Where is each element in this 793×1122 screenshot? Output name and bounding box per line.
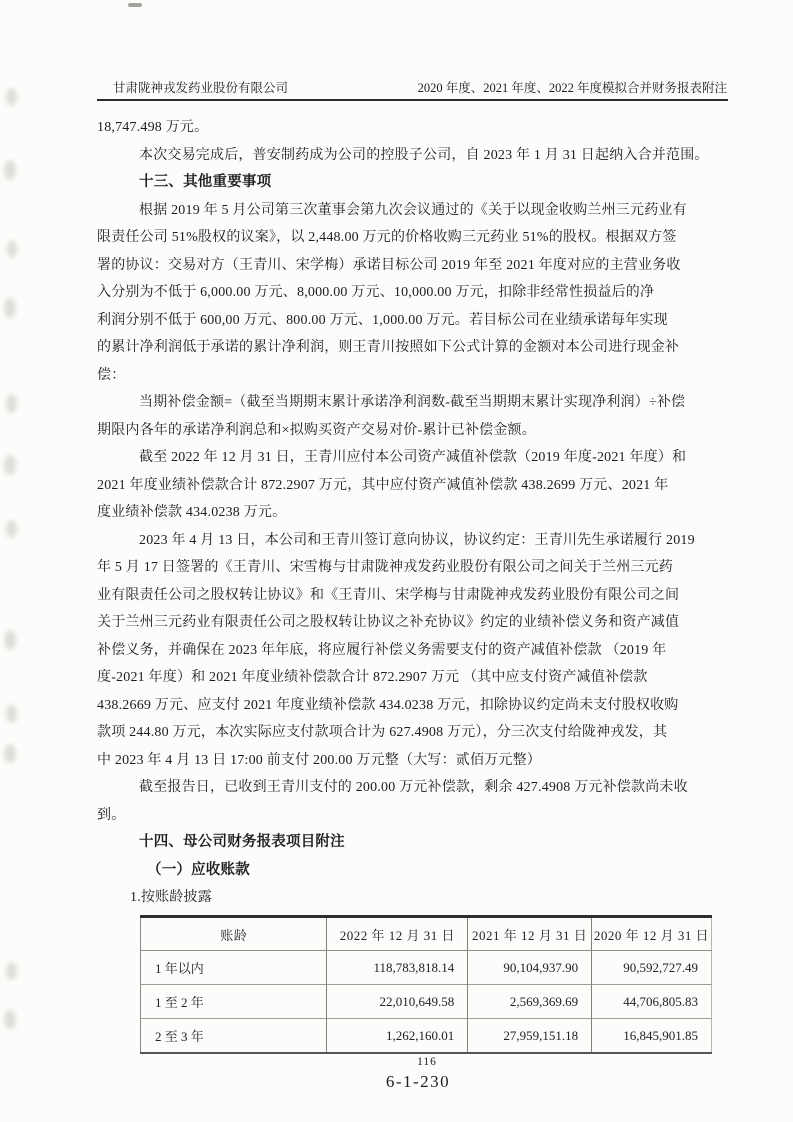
text-line: 截至报告日，已收到王青川支付的 200.00 万元补偿款，剩余 427.4908… <box>97 774 742 802</box>
table-row: 1 至 2 年22,010,649.582,569,369.6944,706,8… <box>141 985 712 1019</box>
text-line: 关于兰州三元药业有限责任公司之股权转让协议之补充协议》约定的业绩补偿义务和资产减… <box>97 609 742 637</box>
amount-cell: 16,845,901.85 <box>592 1019 712 1054</box>
column-header: 账龄 <box>141 917 327 951</box>
text-line: 十三、其他重要事项 <box>97 169 742 197</box>
text-line: 期限内各年的承诺净利润总和×拟购买资产交易对价-累计已补偿金额。 <box>97 417 742 445</box>
scan-artifact <box>6 962 17 980</box>
text-line: 入分别为不低于 6,000.00 万元、8,000.00 万元、10,000.0… <box>97 279 742 307</box>
text-line: 利润分别不低于 600,00 万元、800.00 万元、1,000.00 万元。… <box>97 307 742 335</box>
text-line: （一）应收账款 <box>97 857 742 885</box>
text-line: 业有限责任公司之股权转让协议》和《王青川、宋学梅与甘肃陇神戎发药业股份有限公司之… <box>97 582 742 610</box>
amount-cell: 118,783,818.14 <box>327 951 468 985</box>
amount-cell: 90,592,727.49 <box>592 951 712 985</box>
text-line: 当期补偿金额=（截至当期期末累计承诺净利润数-截至当期期末累计实现净利润）÷补偿 <box>97 389 742 417</box>
aging-table-header-row: 账龄2022 年 12 月 31 日2021 年 12 月 31 日2020 年… <box>141 917 712 951</box>
text-line: 截至 2022 年 12 月 31 日，王青川应付本公司资产减值补偿款（2019… <box>97 444 742 472</box>
column-header: 2021 年 12 月 31 日 <box>468 917 592 951</box>
text-line: 2023 年 4 月 13 日，本公司和王青川签订意向协议，协议约定：王青川先生… <box>97 527 742 555</box>
scan-artifact <box>4 298 16 318</box>
scan-artifact <box>6 88 17 106</box>
text-line: 的累计净利润低于承诺的累计净利润，则王青川按照如下公式计算的金额对本公司进行现金… <box>97 334 742 362</box>
scan-artifact <box>4 1010 16 1029</box>
aging-label-cell: 1 年以内 <box>141 951 327 985</box>
header-rule <box>97 99 728 101</box>
body-text: 18,747.498 万元。本次交易完成后，普安制药成为公司的控股子公司，自 2… <box>97 114 742 912</box>
text-line: 限责任公司 51%股权的议案》，以 2,448.00 万元的价格收购三元药业 5… <box>97 224 742 252</box>
text-line: 438.2669 万元、应支付 2021 年度业绩补偿款 434.0238 万元… <box>97 692 742 720</box>
table-row: 1 年以内118,783,818.1490,104,937.9090,592,7… <box>141 951 712 985</box>
aging-table: 账龄2022 年 12 月 31 日2021 年 12 月 31 日2020 年… <box>140 915 712 1054</box>
text-line: 2021 年度业绩补偿款合计 872.2907 万元，其中应付资产减值补偿款 4… <box>97 472 742 500</box>
amount-cell: 44,706,805.83 <box>592 985 712 1019</box>
column-header: 2022 年 12 月 31 日 <box>327 917 468 951</box>
amount-cell: 1,262,160.01 <box>327 1019 468 1054</box>
header-report-title: 2020 年度、2021 年度、2022 年度模拟合并财务报表附注 <box>418 78 727 96</box>
table-row: 2 至 3 年1,262,160.0127,959,151.1816,845,9… <box>141 1019 712 1054</box>
text-line: 度业绩补偿款 434.0238 万元。 <box>97 499 742 527</box>
scan-artifact <box>4 160 16 180</box>
aging-label-cell: 1 至 2 年 <box>141 985 327 1019</box>
header-company-name: 甘肃陇神戎发药业股份有限公司 <box>113 78 288 96</box>
scan-artifact <box>4 744 16 763</box>
text-line: 中 2023 年 4 月 13 日 17:00 前支付 200.00 万元整（大… <box>97 747 742 775</box>
document-page: 甘肃陇神戎发药业股份有限公司 2020 年度、2021 年度、2022 年度模拟… <box>0 0 793 1122</box>
text-line: 18,747.498 万元。 <box>97 114 742 142</box>
scan-artifact <box>6 394 17 413</box>
amount-cell: 90,104,937.90 <box>468 951 592 985</box>
column-header: 2020 年 12 月 31 日 <box>592 917 712 951</box>
aging-label-cell: 2 至 3 年 <box>141 1019 327 1054</box>
scan-artifact <box>4 455 16 475</box>
text-line: 款项 244.80 万元，本次实际应支付款项合计为 627.4908 万元），分… <box>97 719 742 747</box>
text-line: 度-2021 年度）和 2021 年度业绩补偿款合计 872.2907 万元 （… <box>97 664 742 692</box>
scan-artifact <box>4 630 16 650</box>
aging-table-body: 1 年以内118,783,818.1490,104,937.9090,592,7… <box>141 951 712 1054</box>
aging-table-wrap: 账龄2022 年 12 月 31 日2021 年 12 月 31 日2020 年… <box>140 915 712 1054</box>
amount-cell: 22,010,649.58 <box>327 985 468 1019</box>
aging-table-head: 账龄2022 年 12 月 31 日2021 年 12 月 31 日2020 年… <box>141 917 712 951</box>
text-line: 十四、母公司财务报表项目附注 <box>97 829 742 857</box>
amount-cell: 2,569,369.69 <box>468 985 592 1019</box>
text-line: 署的协议：交易对方（王青川、宋学梅）承诺目标公司 2019 年至 2021 年度… <box>97 252 742 280</box>
text-line: 到。 <box>97 802 742 830</box>
text-line: 本次交易完成后，普安制药成为公司的控股子公司，自 2023 年 1 月 31 日… <box>97 142 742 170</box>
scan-artifact <box>128 3 142 7</box>
scan-artifact <box>6 520 17 538</box>
text-line: 补偿义务，并确保在 2023 年年底，将应履行补偿义务需要支付的资产减值补偿款 … <box>97 637 742 665</box>
amount-cell: 27,959,151.18 <box>468 1019 592 1054</box>
scan-artifact <box>6 705 17 723</box>
scan-artifact <box>7 240 17 258</box>
text-line: 根据 2019 年 5 月公司第三次董事会第九次会议通过的《关于以现金收购兰州三… <box>97 197 742 225</box>
text-line: 年 5 月 17 日签署的《王青川、宋雪梅与甘肃陇神戎发药业股份有限公司之间关于… <box>97 554 742 582</box>
page-number: 116 <box>61 1056 793 1068</box>
text-line: 1.按账龄披露 <box>97 884 742 912</box>
document-code: 6-1-230 <box>52 1072 784 1092</box>
text-line: 偿： <box>97 362 742 390</box>
